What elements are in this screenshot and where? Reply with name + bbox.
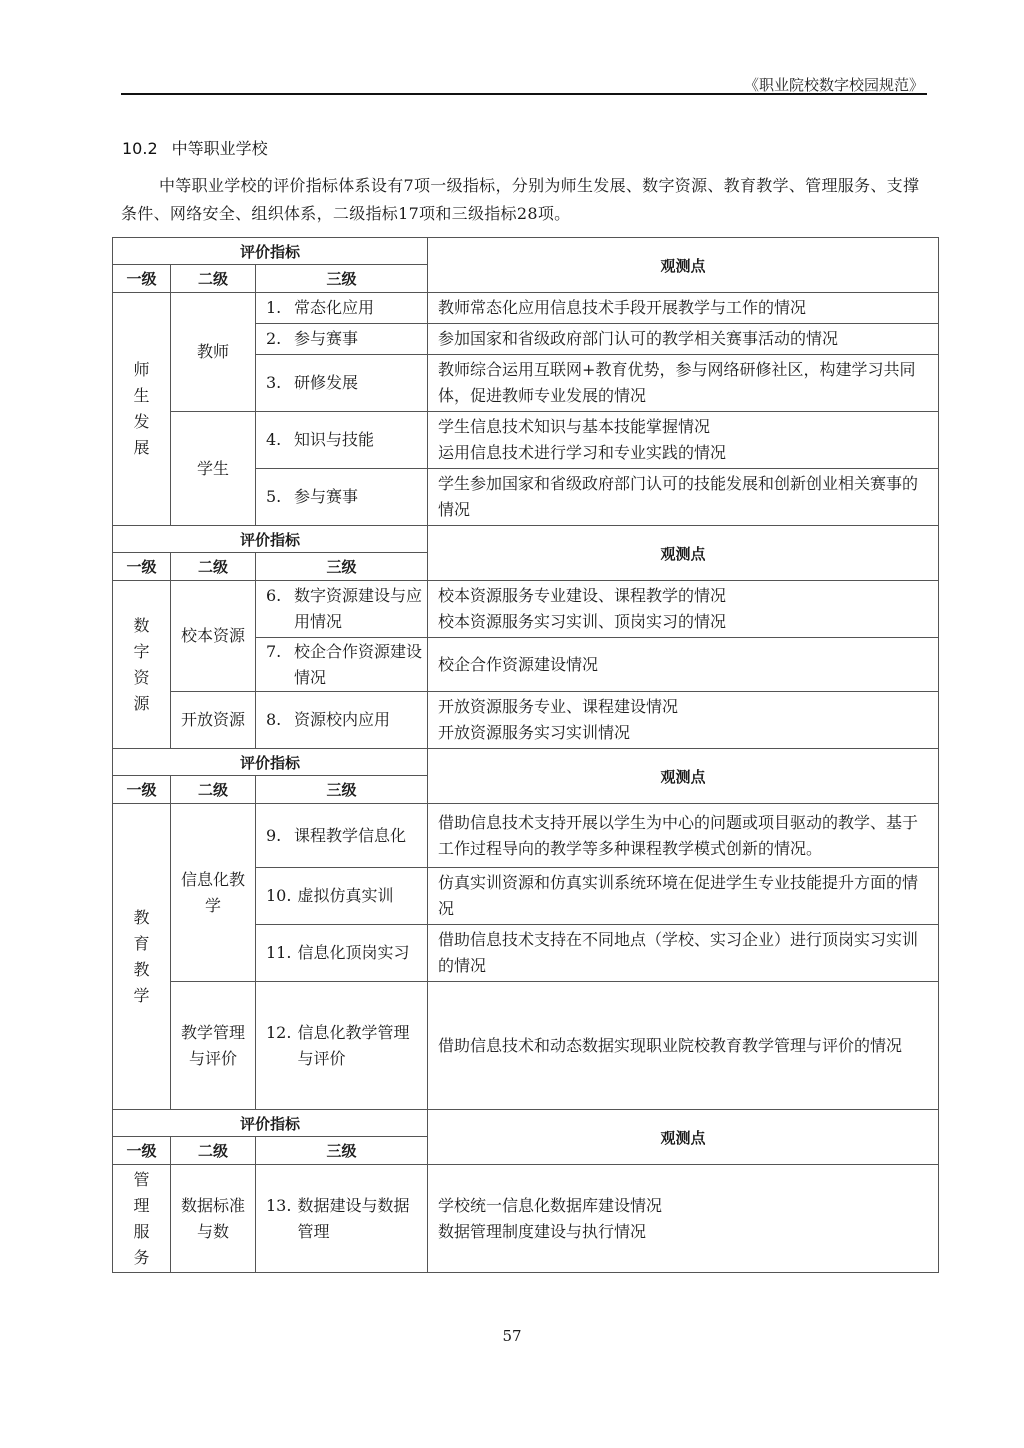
item-name: 资源校内应用 xyxy=(294,707,423,733)
observation-text: 借助信息技术支持开展以学生为中心的问题或项目驱动的教学、基于工作过程导向的教学等… xyxy=(438,810,930,862)
observation-text: 开放资源服务实习实训情况 xyxy=(438,720,930,746)
level3-cell: 10.虚拟仿真实训 xyxy=(256,868,428,925)
table-row: 教学管理与评价12.信息化教学管理与评价借助信息技术和动态数据实现职业院校教育教… xyxy=(113,982,939,1110)
level3-cell: 11.信息化顶岗实习 xyxy=(256,925,428,982)
observation-text: 运用信息技术进行学习和专业实践的情况 xyxy=(438,440,930,466)
table-row: 数字资源校本资源6.数字资源建设与应用情况校本资源服务专业建设、课程教学的情况校… xyxy=(113,581,939,638)
item-number: 11. xyxy=(266,940,297,966)
level3-cell: 13.数据建设与数据管理 xyxy=(256,1165,428,1273)
item-name: 信息化教学管理与评价 xyxy=(297,1020,423,1072)
observation-text: 校本资源服务专业建设、课程教学的情况 xyxy=(438,583,930,609)
item-name: 参与赛事 xyxy=(294,326,423,352)
intro-paragraph: 中等职业学校的评价指标体系设有7项一级指标，分别为师生发展、数字资源、教育教学、… xyxy=(121,172,931,228)
header-level1: 一级 xyxy=(113,553,171,581)
observation-cell: 教师常态化应用信息技术手段开展教学与工作的情况 xyxy=(428,293,939,324)
item-number: 8. xyxy=(266,707,294,733)
item-number: 5. xyxy=(266,484,294,510)
observation-text: 教师常态化应用信息技术手段开展教学与工作的情况 xyxy=(438,295,930,321)
item-name: 知识与技能 xyxy=(294,427,423,453)
observation-cell: 借助信息技术支持开展以学生为中心的问题或项目驱动的教学、基于工作过程导向的教学等… xyxy=(428,804,939,868)
header-observation-point: 观测点 xyxy=(428,1110,939,1165)
item-name: 参与赛事 xyxy=(294,484,423,510)
header-level1: 一级 xyxy=(113,265,171,293)
table-header-row: 评价指标观测点 xyxy=(113,1110,939,1137)
level1-cell: 师生发展 xyxy=(113,293,171,526)
header-evaluation-indicator: 评价指标 xyxy=(113,526,428,553)
item-name: 校企合作资源建设情况 xyxy=(294,639,423,691)
observation-cell: 校企合作资源建设情况 xyxy=(428,638,939,692)
observation-cell: 借助信息技术支持在不同地点（学校、实习企业）进行顶岗实习实训的情况 xyxy=(428,925,939,982)
observation-cell: 学校统一信息化数据库建设情况数据管理制度建设与执行情况 xyxy=(428,1165,939,1273)
observation-text: 仿真实训资源和仿真实训系统环境在促进学生专业技能提升方面的情况 xyxy=(438,870,930,922)
level2-cell: 教师 xyxy=(171,293,256,412)
header-evaluation-indicator: 评价指标 xyxy=(113,749,428,776)
table-row: 管理服务数据标准与数13.数据建设与数据管理学校统一信息化数据库建设情况数据管理… xyxy=(113,1165,939,1273)
table-row: 师生发展教师1.常态化应用教师常态化应用信息技术手段开展教学与工作的情况 xyxy=(113,293,939,324)
table-header-row: 评价指标观测点 xyxy=(113,749,939,776)
level3-cell: 3.研修发展 xyxy=(256,355,428,412)
observation-text: 数据管理制度建设与执行情况 xyxy=(438,1219,930,1245)
observation-cell: 学生信息技术知识与基本技能掌握情况运用信息技术进行学习和专业实践的情况 xyxy=(428,412,939,469)
level3-cell: 1.常态化应用 xyxy=(256,293,428,324)
observation-text: 校企合作资源建设情况 xyxy=(438,652,930,678)
header-level3: 三级 xyxy=(256,776,428,804)
section-number: 10.2 xyxy=(122,139,158,158)
item-number: 6. xyxy=(266,583,294,635)
item-number: 13. xyxy=(266,1193,297,1245)
header-rule xyxy=(121,93,927,95)
item-name: 常态化应用 xyxy=(294,295,423,321)
level1-label: 教育教学 xyxy=(134,905,150,1009)
observation-text: 校本资源服务实习实训、顶岗实习的情况 xyxy=(438,609,930,635)
header-level1: 一级 xyxy=(113,776,171,804)
item-number: 10. xyxy=(266,883,297,909)
observation-cell: 开放资源服务专业、课程建设情况开放资源服务实习实训情况 xyxy=(428,692,939,749)
observation-text: 学生信息技术知识与基本技能掌握情况 xyxy=(438,414,930,440)
table-row: 教育教学信息化教学9.课程教学信息化借助信息技术支持开展以学生为中心的问题或项目… xyxy=(113,804,939,868)
observation-cell: 仿真实训资源和仿真实训系统环境在促进学生专业技能提升方面的情况 xyxy=(428,868,939,925)
item-name: 课程教学信息化 xyxy=(294,823,423,849)
header-level2: 二级 xyxy=(171,553,256,581)
header-observation-point: 观测点 xyxy=(428,749,939,804)
observation-text: 开放资源服务专业、课程建设情况 xyxy=(438,694,930,720)
item-number: 1. xyxy=(266,295,294,321)
level2-cell: 数据标准与数 xyxy=(171,1165,256,1273)
item-name: 虚拟仿真实训 xyxy=(297,883,423,909)
level3-cell: 9.课程教学信息化 xyxy=(256,804,428,868)
item-name: 数据建设与数据管理 xyxy=(297,1193,423,1245)
level1-cell: 教育教学 xyxy=(113,804,171,1110)
level1-cell: 数字资源 xyxy=(113,581,171,749)
level2-cell: 校本资源 xyxy=(171,581,256,692)
level3-cell: 7.校企合作资源建设情况 xyxy=(256,638,428,692)
section-title: 10.2中等职业学校 xyxy=(122,136,268,159)
level2-cell: 教学管理与评价 xyxy=(171,982,256,1110)
header-evaluation-indicator: 评价指标 xyxy=(113,238,428,265)
observation-text: 学生参加国家和省级政府部门认可的技能发展和创新创业相关赛事的情况 xyxy=(438,471,930,523)
observation-text: 参加国家和省级政府部门认可的教学相关赛事活动的情况 xyxy=(438,326,930,352)
table-row: 开放资源8.资源校内应用开放资源服务专业、课程建设情况开放资源服务实习实训情况 xyxy=(113,692,939,749)
level2-cell: 学生 xyxy=(171,412,256,526)
table-header-row: 评价指标观测点 xyxy=(113,238,939,265)
level1-cell: 管理服务 xyxy=(113,1165,171,1273)
observation-cell: 校本资源服务专业建设、课程教学的情况校本资源服务实习实训、顶岗实习的情况 xyxy=(428,581,939,638)
header-evaluation-indicator: 评价指标 xyxy=(113,1110,428,1137)
observation-text: 教师综合运用互联网+教育优势，参与网络研修社区，构建学习共同体，促进教师专业发展… xyxy=(438,357,930,409)
header-level3: 三级 xyxy=(256,1137,428,1165)
observation-text: 借助信息技术和动态数据实现职业院校教育教学管理与评价的情况 xyxy=(438,1033,930,1059)
item-name: 数字资源建设与应用情况 xyxy=(294,583,423,635)
header-level3: 三级 xyxy=(256,553,428,581)
header-level2: 二级 xyxy=(171,265,256,293)
header-level2: 二级 xyxy=(171,1137,256,1165)
item-number: 2. xyxy=(266,326,294,352)
observation-cell: 教师综合运用互联网+教育优势，参与网络研修社区，构建学习共同体，促进教师专业发展… xyxy=(428,355,939,412)
level1-label: 师生发展 xyxy=(134,357,150,461)
level3-cell: 12.信息化教学管理与评价 xyxy=(256,982,428,1110)
observation-cell: 借助信息技术和动态数据实现职业院校教育教学管理与评价的情况 xyxy=(428,982,939,1110)
item-number: 4. xyxy=(266,427,294,453)
observation-cell: 学生参加国家和省级政府部门认可的技能发展和创新创业相关赛事的情况 xyxy=(428,469,939,526)
item-number: 9. xyxy=(266,823,294,849)
level3-cell: 4.知识与技能 xyxy=(256,412,428,469)
header-level3: 三级 xyxy=(256,265,428,293)
item-name: 信息化顶岗实习 xyxy=(297,940,423,966)
header-level1: 一级 xyxy=(113,1137,171,1165)
observation-text: 学校统一信息化数据库建设情况 xyxy=(438,1193,930,1219)
level3-cell: 6.数字资源建设与应用情况 xyxy=(256,581,428,638)
level3-cell: 8.资源校内应用 xyxy=(256,692,428,749)
level3-cell: 5.参与赛事 xyxy=(256,469,428,526)
section-title-text: 中等职业学校 xyxy=(172,139,268,158)
level3-cell: 2.参与赛事 xyxy=(256,324,428,355)
level1-label: 管理服务 xyxy=(134,1167,150,1271)
header-observation-point: 观测点 xyxy=(428,238,939,293)
item-name: 研修发展 xyxy=(294,370,423,396)
level1-label: 数字资源 xyxy=(134,613,150,717)
observation-text: 借助信息技术支持在不同地点（学校、实习企业）进行顶岗实习实训的情况 xyxy=(438,927,930,979)
item-number: 3. xyxy=(266,370,294,396)
table-row: 学生4.知识与技能学生信息技术知识与基本技能掌握情况运用信息技术进行学习和专业实… xyxy=(113,412,939,469)
level2-cell: 信息化教学 xyxy=(171,804,256,982)
observation-cell: 参加国家和省级政府部门认可的教学相关赛事活动的情况 xyxy=(428,324,939,355)
evaluation-indicator-table: 评价指标观测点一级二级三级师生发展教师1.常态化应用教师常态化应用信息技术手段开… xyxy=(112,237,939,1273)
item-number: 7. xyxy=(266,639,294,691)
header-level2: 二级 xyxy=(171,776,256,804)
table-header-row: 评价指标观测点 xyxy=(113,526,939,553)
page-number: 57 xyxy=(0,1327,1024,1345)
item-number: 12. xyxy=(266,1020,297,1072)
level2-cell: 开放资源 xyxy=(171,692,256,749)
running-header: 《职业院校数字校园规范》 xyxy=(744,74,924,95)
header-observation-point: 观测点 xyxy=(428,526,939,581)
